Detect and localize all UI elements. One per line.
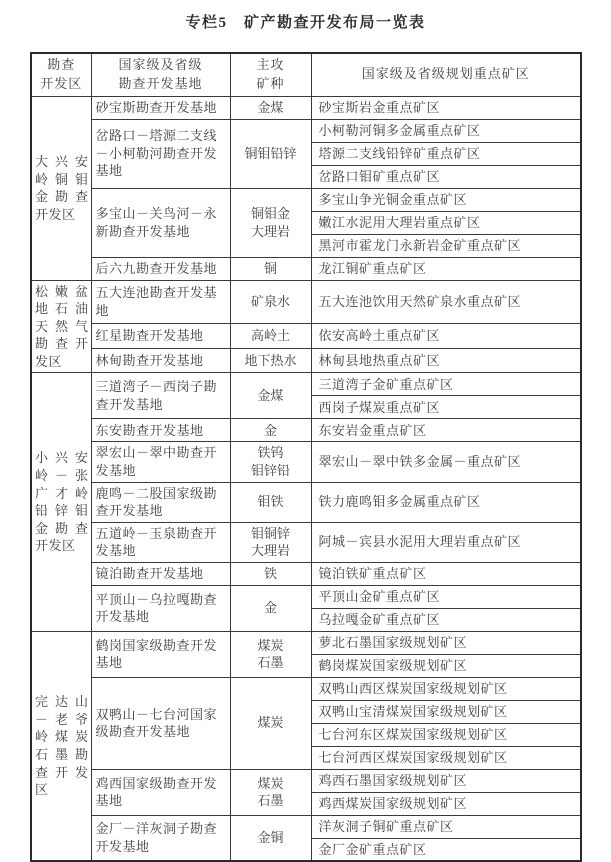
minerals-cell: 金煤: [230, 96, 311, 119]
table-body: 大兴安岭铜钼金勘查开发区砂宝斯勘查开发基地金煤砂宝斯岩金重点矿区岔路口－塔源二支…: [31, 96, 581, 861]
area-cell: 林甸县地热重点矿区: [311, 348, 581, 373]
base-cell: 五大连池勘查开发基地: [91, 280, 230, 323]
page: { "title": "专栏5 矿产勘查开发布局一览表", "colors": …: [0, 0, 611, 834]
table-row: 五道岭－玉泉勘查开发基地钼铜锌 大理岩阿城－宾县水泥用大理岩重点矿区: [31, 522, 581, 562]
area-cell: 双鸭山宝清煤炭国家级规划矿区: [311, 700, 581, 723]
table-header: 勘查 开发区国家级及省级 勘查开发基地主攻 矿种国家级及省级规划重点矿区: [31, 53, 581, 96]
base-cell: 鸡西国家级勘查开发基地: [91, 769, 230, 815]
column-header: 主攻 矿种: [230, 53, 311, 96]
table-row: 鸡西国家级勘查开发基地煤炭 石墨鸡西石墨国家级规划矿区: [31, 769, 581, 792]
area-cell: 龙江铜矿重点矿区: [311, 257, 581, 280]
area-cell: 洋灰洞子铜矿重点矿区: [311, 815, 581, 838]
area-cell: 金厂金矿重点矿区: [311, 838, 581, 861]
base-cell: 东安勘查开发基地: [91, 419, 230, 442]
header-row: 勘查 开发区国家级及省级 勘查开发基地主攻 矿种国家级及省级规划重点矿区: [31, 53, 581, 96]
minerals-cell: 铁钨 钼锌铅: [230, 442, 311, 482]
minerals-cell: 铜钼铅锌: [230, 119, 311, 188]
column-header: 勘查 开发区: [31, 53, 91, 96]
table-row: 后六九勘查开发基地铜龙江铜矿重点矿区: [31, 257, 581, 280]
area-cell: 乌拉嘎金矿重点矿区: [311, 608, 581, 631]
zone-cell: 大兴安岭铜钼金勘查开发区: [31, 96, 91, 280]
area-cell: 塔源二支线铅锌矿重点矿区: [311, 142, 581, 165]
area-cell: 岔路口钼矿重点矿区: [311, 165, 581, 188]
base-cell: 三道湾子－西岗子勘查开发基地: [91, 373, 230, 419]
area-cell: 镜泊铁矿重点矿区: [311, 562, 581, 585]
minerals-cell: 金: [230, 419, 311, 442]
base-cell: 多宝山－关鸟河－永新勘查开发基地: [91, 188, 230, 257]
area-cell: 嫩江水泥用大理岩重点矿区: [311, 211, 581, 234]
area-cell: 阿城－宾县水泥用大理岩重点矿区: [311, 522, 581, 562]
area-cell: 西岗子煤炭重点矿区: [311, 396, 581, 419]
base-cell: 鹿鸣－二股国家级勘查开发基地: [91, 482, 230, 522]
area-cell: 依安高岭土重点矿区: [311, 323, 581, 348]
table-row: 林甸勘查开发基地地下热水林甸县地热重点矿区: [31, 348, 581, 373]
base-cell: 后六九勘查开发基地: [91, 257, 230, 280]
table-row: 鹿鸣－二股国家级勘查开发基地钼铁铁力鹿鸣钼多金属重点矿区: [31, 482, 581, 522]
zone-cell: 小兴安岭－张广才岭铅锌钼金勘查开发区: [31, 373, 91, 631]
base-cell: 平顶山－乌拉嘎勘查开发基地: [91, 585, 230, 631]
base-cell: 五道岭－玉泉勘查开发基地: [91, 522, 230, 562]
minerals-cell: 煤炭: [230, 677, 311, 769]
area-cell: 五大连池饮用天然矿泉水重点矿区: [311, 280, 581, 323]
area-cell: 铁力鹿鸣钼多金属重点矿区: [311, 482, 581, 522]
base-cell: 翠宏山－翠中勘查开发基地: [91, 442, 230, 482]
minerals-cell: 铁: [230, 562, 311, 585]
area-cell: 鸡西煤炭国家级规划矿区: [311, 792, 581, 815]
page-title: 专栏5 矿产勘查开发布局一览表: [0, 11, 611, 32]
area-cell: 翠宏山－翠中铁多金属－重点矿区: [311, 442, 581, 482]
area-cell: 鸡西石墨国家级规划矿区: [311, 769, 581, 792]
minerals-cell: 高岭土: [230, 323, 311, 348]
minerals-cell: 金煤: [230, 373, 311, 419]
minerals-cell: 铜: [230, 257, 311, 280]
table-row: 金厂－洋灰洞子勘查开发基地金铜洋灰洞子铜矿重点矿区: [31, 815, 581, 838]
table-row: 双鸭山－七台河国家级勘查开发基地煤炭双鸭山西区煤炭国家级规划矿区: [31, 677, 581, 700]
base-cell: 砂宝斯勘查开发基地: [91, 96, 230, 119]
area-cell: 平顶山金矿重点矿区: [311, 585, 581, 608]
area-cell: 双鸭山西区煤炭国家级规划矿区: [311, 677, 581, 700]
base-cell: 鹤岗国家级勘查开发基地: [91, 631, 230, 677]
table-row: 松嫩盆地石油天然气勘查开发区五大连池勘查开发基地矿泉水五大连池饮用天然矿泉水重点…: [31, 280, 581, 323]
table-row: 东安勘查开发基地金东安岩金重点矿区: [31, 419, 581, 442]
area-cell: 砂宝斯岩金重点矿区: [311, 96, 581, 119]
area-cell: 小柯勒河铜多金属重点矿区: [311, 119, 581, 142]
minerals-cell: 金: [230, 585, 311, 631]
base-cell: 红星勘查开发基地: [91, 323, 230, 348]
area-cell: 萝北石墨国家级规划矿区: [311, 631, 581, 654]
minerals-cell: 地下热水: [230, 348, 311, 373]
area-cell: 七台河西区煤炭国家级规划矿区: [311, 746, 581, 769]
base-cell: 林甸勘查开发基地: [91, 348, 230, 373]
minerals-cell: 钼铁: [230, 482, 311, 522]
column-header: 国家级及省级 勘查开发基地: [91, 53, 230, 96]
area-cell: 东安岩金重点矿区: [311, 419, 581, 442]
table-row: 翠宏山－翠中勘查开发基地铁钨 钼锌铅翠宏山－翠中铁多金属－重点矿区: [31, 442, 581, 482]
mineral-layout-table: 勘查 开发区国家级及省级 勘查开发基地主攻 矿种国家级及省级规划重点矿区 大兴安…: [30, 52, 582, 862]
zone-cell: 松嫩盆地石油天然气勘查开发区: [31, 280, 91, 373]
table-row: 多宝山－关鸟河－永新勘查开发基地铜钼金 大理岩多宝山争光铜金重点矿区: [31, 188, 581, 211]
zone-cell: 完达山－老爷岭煤炭石墨勘查开发区: [31, 631, 91, 861]
minerals-cell: 铜钼金 大理岩: [230, 188, 311, 257]
area-cell: 三道湾子金矿重点矿区: [311, 373, 581, 396]
minerals-cell: 煤炭 石墨: [230, 631, 311, 677]
table-row: 大兴安岭铜钼金勘查开发区砂宝斯勘查开发基地金煤砂宝斯岩金重点矿区: [31, 96, 581, 119]
minerals-cell: 金铜: [230, 815, 311, 861]
area-cell: 多宝山争光铜金重点矿区: [311, 188, 581, 211]
minerals-cell: 煤炭 石墨: [230, 769, 311, 815]
base-cell: 金厂－洋灰洞子勘查开发基地: [91, 815, 230, 861]
table-row: 平顶山－乌拉嘎勘查开发基地金平顶山金矿重点矿区: [31, 585, 581, 608]
base-cell: 镜泊勘查开发基地: [91, 562, 230, 585]
area-cell: 七台河东区煤炭国家级规划矿区: [311, 723, 581, 746]
column-header: 国家级及省级规划重点矿区: [311, 53, 581, 96]
table-row: 完达山－老爷岭煤炭石墨勘查开发区鹤岗国家级勘查开发基地煤炭 石墨萝北石墨国家级规…: [31, 631, 581, 654]
area-cell: 黑河市霍龙门永新岩金矿重点矿区: [311, 234, 581, 257]
minerals-cell: 钼铜锌 大理岩: [230, 522, 311, 562]
area-cell: 鹤岗煤炭国家级规划矿区: [311, 654, 581, 677]
table-row: 岔路口－塔源二支线－小柯勒河勘查开发基地铜钼铅锌小柯勒河铜多金属重点矿区: [31, 119, 581, 142]
minerals-cell: 矿泉水: [230, 280, 311, 323]
base-cell: 岔路口－塔源二支线－小柯勒河勘查开发基地: [91, 119, 230, 188]
table-row: 镜泊勘查开发基地铁镜泊铁矿重点矿区: [31, 562, 581, 585]
table-row: 红星勘查开发基地高岭土依安高岭土重点矿区: [31, 323, 581, 348]
table-row: 小兴安岭－张广才岭铅锌钼金勘查开发区三道湾子－西岗子勘查开发基地金煤三道湾子金矿…: [31, 373, 581, 396]
base-cell: 双鸭山－七台河国家级勘查开发基地: [91, 677, 230, 769]
